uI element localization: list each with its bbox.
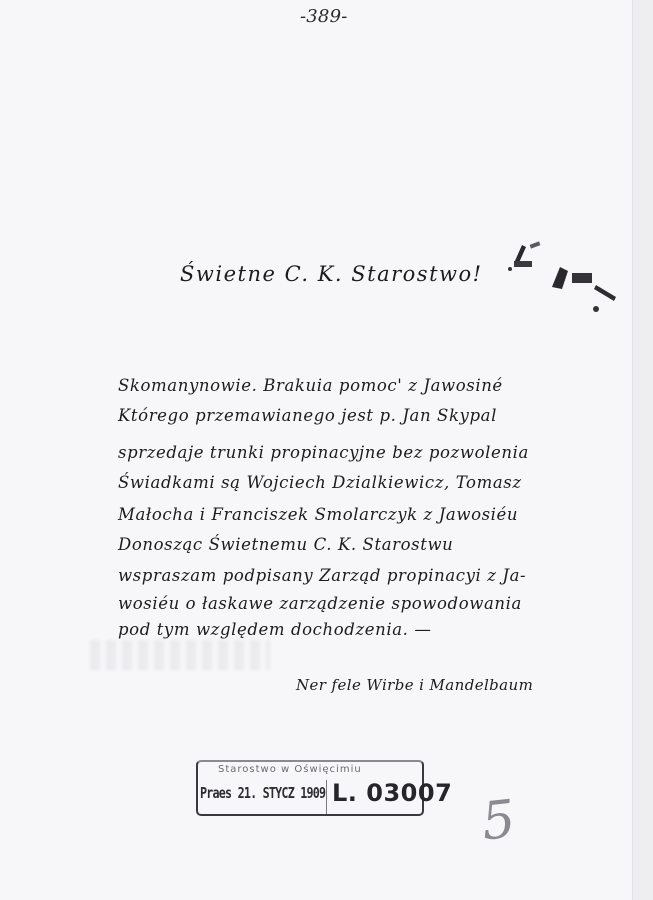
stamp-divider (326, 780, 327, 814)
body-line: wosiéu o łaskawe zarządzenie spowodowani… (118, 594, 522, 613)
ink-blot-mark (500, 235, 620, 315)
body-line: Którego przemawianego jest p. Jan Skypal (118, 406, 497, 425)
salutation: Świetne C. K. Starostwo! (180, 262, 483, 286)
registry-stamp: Starostwo w Oświęcimiu Praes 21. STYCZ 1… (196, 760, 424, 816)
body-line: Świadkami są Wojciech Dzialkiewicz, Toma… (118, 473, 522, 492)
stamp-date: Praes 21. STYCZ 1909 (200, 784, 325, 802)
body-line: sprzedaje trunki propinacyjne bez pozwol… (118, 443, 529, 462)
document-page: -389- Świetne C. K. Starostwo! Skomanyno… (0, 0, 632, 900)
body-line: pod tym względem dochodzenia. — (118, 620, 431, 639)
page-edge (632, 0, 653, 900)
body-line: wspraszam podpisany Zarząd propinacyi z … (118, 566, 526, 585)
signature: Ner fele Wirbe i Mandelbaum (296, 676, 533, 694)
body-line: Skomanynowie. Brakuia pomoc' z Jawosiné (118, 376, 503, 395)
pencil-annotation: 5 (479, 793, 517, 848)
page-number: -389- (300, 6, 348, 27)
body-line: Donosząc Świetnemu C. K. Starostwu (118, 535, 453, 554)
body-line: Małocha i Franciszek Smolarczyk z Jawosi… (118, 505, 518, 524)
stamp-office: Starostwo w Oświęcimiu (218, 764, 418, 775)
bleed-through-text (90, 640, 270, 670)
stamp-number: L. 03007 (332, 779, 452, 807)
